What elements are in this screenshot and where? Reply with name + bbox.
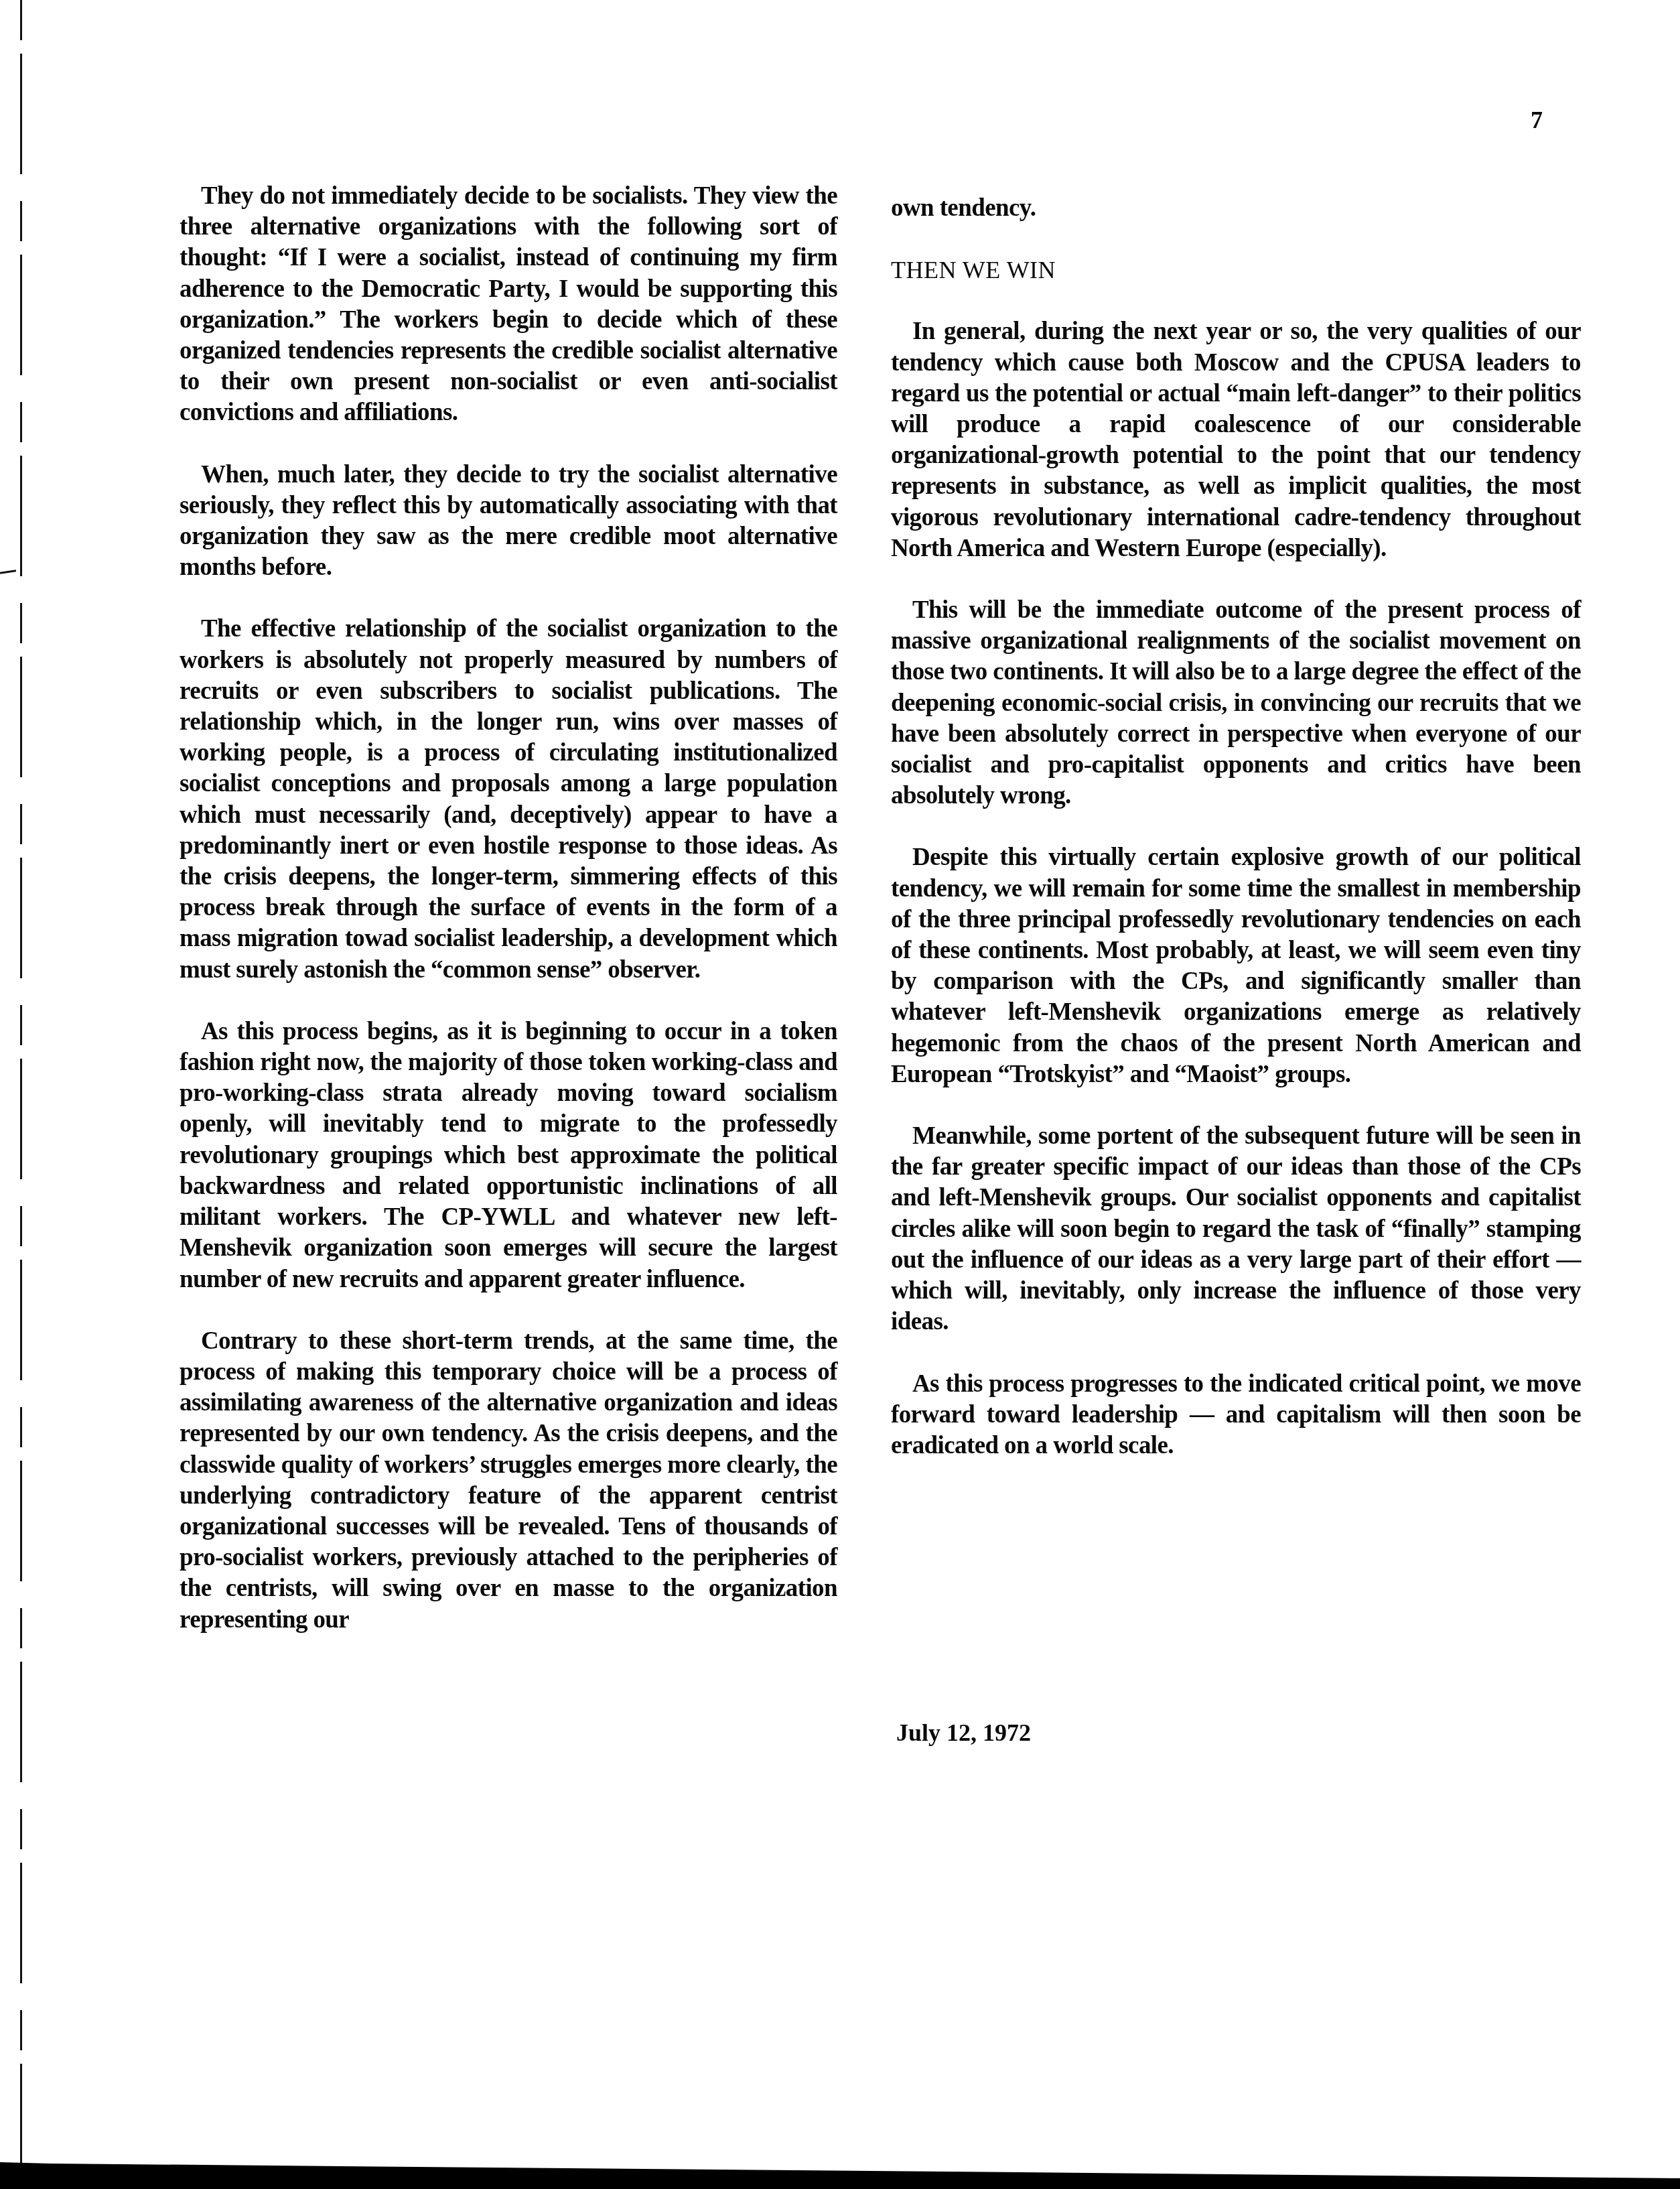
paragraph: In general, during the next year or so, …: [891, 316, 1581, 564]
scan-bottom-edge: [0, 2162, 1680, 2189]
paragraph: As this process progresses to the indica…: [891, 1369, 1581, 1462]
right-column: own tendency. THEN WE WIN In general, du…: [891, 193, 1581, 1492]
scan-edge-line: [20, 0, 22, 2178]
paragraph: The effective relationship of the social…: [180, 614, 837, 985]
paragraph: This will be the immediate outcome of th…: [891, 595, 1581, 811]
date-line: July 12, 1972: [896, 1719, 1031, 1747]
paragraph: Meanwhile, some portent of the subsequen…: [891, 1121, 1581, 1337]
paragraph: Despite this virtually certain explosive…: [891, 842, 1581, 1090]
section-heading: THEN WE WIN: [891, 255, 1581, 285]
paragraph: When, much later, they decide to try the…: [180, 460, 837, 584]
paragraph: Contrary to these short-term trends, at …: [180, 1326, 837, 1636]
paragraph: They do not immediately decide to be soc…: [180, 181, 837, 429]
continuation-text: own tendency.: [891, 193, 1581, 224]
left-column: They do not immediately decide to be soc…: [180, 181, 837, 1666]
scan-edge-mark: [0, 570, 16, 574]
page-number: 7: [1531, 106, 1543, 134]
paragraph: As this process begins, as it is beginni…: [180, 1016, 837, 1295]
